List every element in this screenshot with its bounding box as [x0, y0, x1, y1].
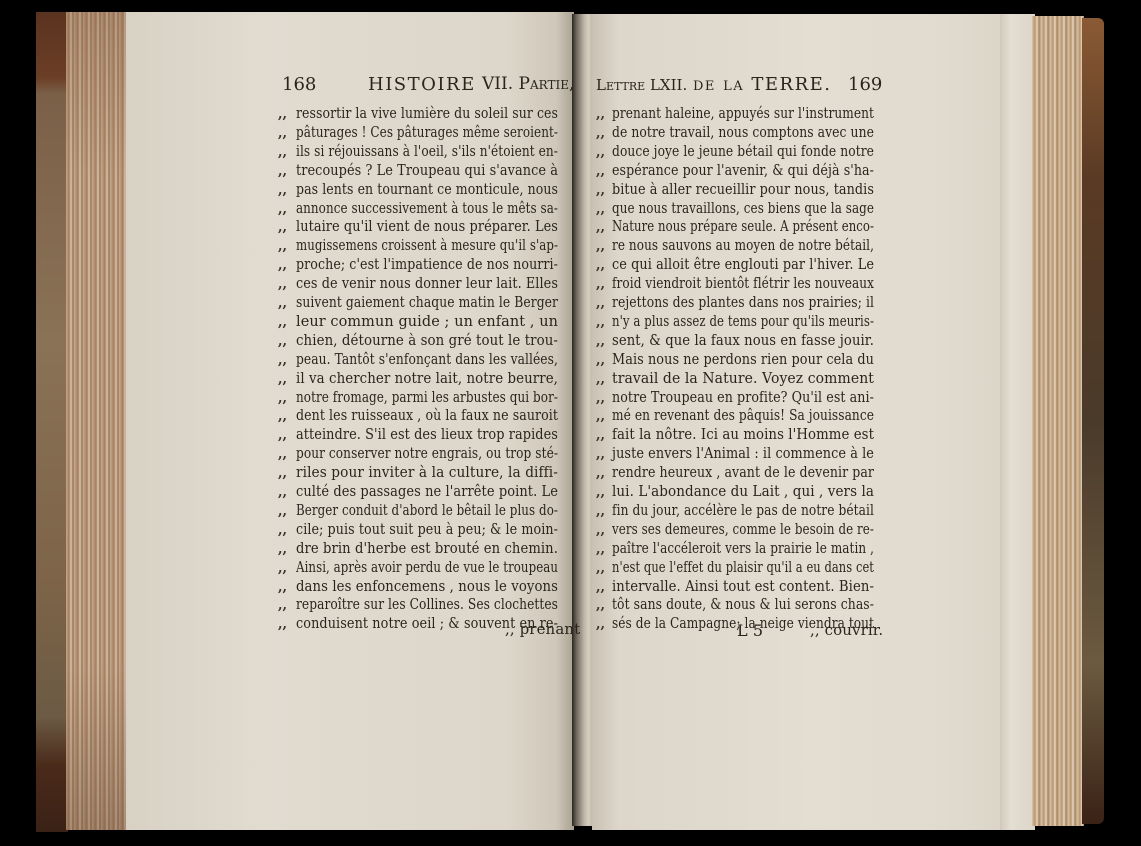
- right-page-edges: [1032, 16, 1084, 826]
- quote-mark: ,,: [596, 202, 605, 217]
- quote-mark: ,,: [596, 466, 605, 481]
- text-line: pour conserver notre engrais, ou trop st…: [296, 444, 558, 462]
- left-cover-binding: [36, 12, 68, 832]
- text-line: lutaire qu'il vient de nous préparer. Le…: [296, 217, 558, 235]
- quote-mark: ,,: [278, 466, 287, 481]
- text-line: ce qui alloit être englouti par l'hiver.…: [612, 255, 874, 273]
- quote-mark: ,,: [596, 542, 605, 557]
- quote-mark: ,,: [278, 107, 287, 122]
- text-line: bitue à aller recueillir pour nous, tand…: [612, 180, 874, 198]
- text-line: vers ses demeures, comme le besoin de re…: [612, 520, 874, 538]
- left-part-label: VII. Partie,: [482, 74, 574, 94]
- text-line: rendre heureux , avant de le devenir par: [612, 463, 874, 481]
- quote-mark: ,,: [596, 447, 605, 462]
- quote-mark: ,,: [278, 258, 287, 273]
- text-line: prenant haleine, appuyés sur l'instrumen…: [612, 104, 874, 122]
- quote-mark: ,,: [278, 353, 287, 368]
- quote-mark: ,,: [278, 542, 287, 557]
- text-line: douce joye le jeune bétail qui fonde not…: [612, 142, 874, 160]
- text-line: tôt sans doute, & nous & lui serons chas…: [612, 595, 874, 613]
- text-line: chien, détourne à son gré tout le trou-: [296, 331, 558, 349]
- text-line: ces de venir nous donner leur lait. Elle…: [296, 274, 558, 292]
- quote-mark: ,,: [278, 183, 287, 198]
- right-running-letter: Lettre LXII.: [596, 76, 687, 94]
- text-line: cile; puis tout suit peu à peu; & le moi…: [296, 520, 558, 538]
- text-line: froid viendroit bientôt flétrir les nouv…: [612, 274, 874, 292]
- right-running-title: de la TERRE.: [693, 74, 832, 95]
- quote-mark: ,,: [278, 372, 287, 387]
- text-line: Berger conduit d'abord le bêtail le plus…: [296, 501, 558, 519]
- left-catchword: ,, prenant: [505, 620, 580, 638]
- text-line: dre brin d'herbe est brouté en chemin.: [296, 539, 558, 557]
- text-line: proche; c'est l'impatience de nos nourri…: [296, 255, 558, 273]
- right-catchword: ,, couvrir.: [810, 621, 883, 639]
- text-line: ils si réjouissans à l'oeil, s'ils n'éto…: [296, 142, 558, 160]
- text-line: paître l'accéleroit vers la prairie le m…: [612, 539, 874, 557]
- quote-mark: ,,: [596, 334, 605, 349]
- quote-mark: ,,: [596, 220, 605, 235]
- text-line: de notre travail, nous comptons avec une: [612, 123, 874, 141]
- quote-mark: ,,: [596, 504, 605, 519]
- quote-mark: ,,: [596, 145, 605, 160]
- text-line: ressortir la vive lumière du soleil sur …: [296, 104, 558, 122]
- text-line: fait la nôtre. Ici au moins l'Homme est: [612, 425, 874, 443]
- left-page-number: 168: [282, 74, 316, 95]
- quote-mark: ,,: [596, 428, 605, 443]
- quote-mark: ,,: [596, 239, 605, 254]
- quote-mark: ,,: [596, 315, 605, 330]
- quote-mark: ,,: [278, 239, 287, 254]
- quote-mark: ,,: [278, 617, 287, 632]
- text-line: n'est que l'effet du plaisir qu'il a eu …: [612, 558, 874, 576]
- quote-mark: ,,: [596, 258, 605, 273]
- text-line: dans les enfoncemens , nous le voyons: [296, 577, 558, 595]
- text-line: lui. L'abondance du Lait , qui , vers la: [612, 482, 874, 500]
- quote-mark: ,,: [278, 485, 287, 500]
- quote-mark: ,,: [596, 391, 605, 406]
- quote-mark: ,,: [278, 580, 287, 595]
- quote-mark: ,,: [596, 164, 605, 179]
- text-line: culté des passages ne l'arrête point. Le: [296, 482, 558, 500]
- text-line: atteindre. S'il est des lieux trop rapid…: [296, 425, 558, 443]
- quote-mark: ,,: [596, 485, 605, 500]
- left-page-edges: [66, 12, 128, 830]
- text-line: pâturages ! Ces pâturages même seroient-: [296, 123, 558, 141]
- quote-mark: ,,: [278, 296, 287, 311]
- quote-mark: ,,: [278, 277, 287, 292]
- text-line: suivent gaiement chaque matin le Berger: [296, 293, 558, 311]
- open-book: 168 HISTOIRE VII. Partie, ,,ressortir la…: [0, 0, 1141, 846]
- quote-mark: ,,: [596, 296, 605, 311]
- text-line: Ainsi, après avoir perdu de vue le troup…: [296, 558, 558, 576]
- quote-mark: ,,: [596, 409, 605, 424]
- text-line: notre fromage, parmi les arbustes qui bo…: [296, 388, 558, 406]
- text-line: riles pour inviter à la culture, la diff…: [296, 463, 558, 481]
- quote-mark: ,,: [596, 107, 605, 122]
- right-page-fold: [1000, 14, 1035, 830]
- quote-mark: ,,: [596, 277, 605, 292]
- text-line: espérance pour l'avenir, & qui déjà s'ha…: [612, 161, 874, 179]
- text-line: juste envers l'Animal : il commence à le: [612, 444, 874, 462]
- text-line: n'y a plus assez de tems pour qu'ils meu…: [612, 312, 874, 330]
- text-line: dent les ruisseaux , où la faux ne sauro…: [296, 406, 558, 424]
- text-line: pas lents en tournant ce monticule, nous: [296, 180, 558, 198]
- text-line: rejettons des plantes dans nos prairies;…: [612, 293, 874, 311]
- text-line: trecoupés ? Le Troupeau qui s'avance à: [296, 161, 558, 179]
- left-running-title: HISTOIRE: [368, 74, 476, 95]
- quote-mark: ,,: [596, 561, 605, 576]
- right-signature-mark: L 5: [737, 621, 763, 640]
- text-line: annonce successivement à tous le mêts sa…: [296, 199, 558, 217]
- right-page-number: 169: [848, 74, 882, 95]
- quote-mark: ,,: [278, 202, 287, 217]
- quote-mark: ,,: [278, 598, 287, 613]
- quote-mark: ,,: [596, 126, 605, 141]
- quote-mark: ,,: [278, 428, 287, 443]
- text-line: intervalle. Ainsi tout est content. Bien…: [612, 577, 874, 595]
- quote-mark: ,,: [278, 561, 287, 576]
- quote-mark: ,,: [278, 145, 287, 160]
- text-line: sent, & que la faux nous en fasse jouir.: [612, 331, 874, 349]
- quote-mark: ,,: [278, 391, 287, 406]
- quote-mark: ,,: [596, 372, 605, 387]
- text-line: peau. Tantôt s'enfonçant dans les vallée…: [296, 350, 558, 368]
- text-line: Nature nous prépare seule. A présent enc…: [612, 217, 874, 235]
- text-line: travail de la Nature. Voyez comment: [612, 369, 874, 387]
- quote-mark: ,,: [596, 183, 605, 198]
- quote-mark: ,,: [278, 447, 287, 462]
- book-gutter: [572, 14, 594, 826]
- quote-mark: ,,: [278, 220, 287, 235]
- text-line: leur commun guide ; un enfant , un: [296, 312, 558, 330]
- quote-mark: ,,: [596, 598, 605, 613]
- quote-mark: ,,: [278, 315, 287, 330]
- quote-mark: ,,: [278, 504, 287, 519]
- quote-mark: ,,: [278, 409, 287, 424]
- text-line: fin du jour, accélère le pas de notre bé…: [612, 501, 874, 519]
- text-line: mugissemens croissent à mesure qu'il s'a…: [296, 236, 558, 254]
- quote-mark: ,,: [596, 353, 605, 368]
- quote-mark: ,,: [278, 523, 287, 538]
- text-line: Mais nous ne perdons rien pour cela du: [612, 350, 874, 368]
- quote-mark: ,,: [278, 164, 287, 179]
- quote-mark: ,,: [596, 580, 605, 595]
- quote-mark: ,,: [278, 126, 287, 141]
- quote-mark: ,,: [596, 617, 605, 632]
- quote-mark: ,,: [596, 523, 605, 538]
- text-line: mé en revenant des pâquis! Sa jouissance: [612, 406, 874, 424]
- text-line: reparoître sur les Collines. Ses clochet…: [296, 595, 558, 613]
- text-line: notre Troupeau en profite? Qu'il est ani…: [612, 388, 874, 406]
- text-line: il va chercher notre lait, notre beurre,: [296, 369, 558, 387]
- quote-mark: ,,: [278, 334, 287, 349]
- text-line: que nous travaillons, ces biens que la s…: [612, 199, 874, 217]
- text-line: re nous sauvons au moyen de notre bétail…: [612, 236, 874, 254]
- right-cover-binding: [1082, 18, 1104, 824]
